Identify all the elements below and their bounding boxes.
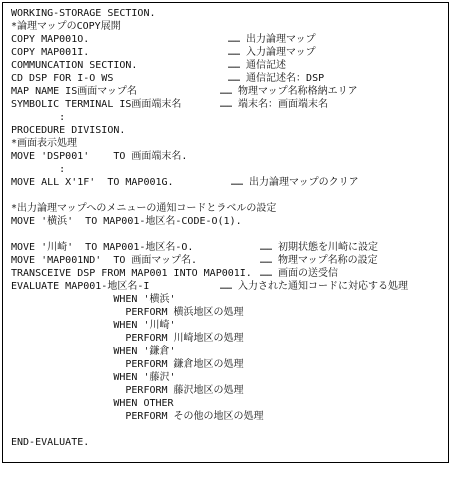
code-listing-frame: WORKING-STORAGE SECTION. *論理マップのCOPY展開 C… <box>2 2 449 463</box>
code-text: PERFORM その他の地区の処理 <box>11 411 264 422</box>
code-line: : <box>11 163 448 176</box>
code-line: COPY MAP001I.…… 入力論理マップ <box>11 46 448 59</box>
code-text: WORKING-STORAGE SECTION. <box>11 8 156 19</box>
code-text: MOVE 'MAP001ND' TO 画面マップ名. <box>11 255 197 266</box>
code-text: WHEN '藤沢' <box>11 372 176 383</box>
code-text: *出力論理マップへのメニューの通知コードとラベルの設定 <box>11 203 276 214</box>
code-text: MOVE '川崎' TO MAP001-地区名-O. <box>11 242 193 253</box>
code-text: PERFORM 川崎地区の処理 <box>11 333 244 344</box>
code-line: MOVE '川崎' TO MAP001-地区名-O.…… 初期状態を川崎に設定 <box>11 241 448 254</box>
code-line <box>11 189 448 202</box>
code-text: TRANSCEIVE DSP FROM MAP001 INTO MAP001I. <box>11 268 252 279</box>
code-line: WHEN '鎌倉' <box>11 345 448 358</box>
code-line: PERFORM 川崎地区の処理 <box>11 332 448 345</box>
code-line: COMMUNCATION SECTION.…… 通信記述 <box>11 59 448 72</box>
code-text: *論理マップのCOPY展開 <box>11 21 121 32</box>
comment-text: …… 通信記述 <box>228 59 286 72</box>
code-text: COPY MAP001O. <box>11 34 89 45</box>
code-line: MOVE 'DSP001' TO 画面端末名. <box>11 150 448 163</box>
code-line: *画面表示処理 <box>11 137 448 150</box>
code-line: MOVE 'MAP001ND' TO 画面マップ名.…… 物理マップ名称の設定 <box>11 254 448 267</box>
code-line: WHEN '藤沢' <box>11 371 448 384</box>
code-line: PERFORM 横浜地区の処理 <box>11 306 448 319</box>
comment-text: …… 物理マップ名称の設定 <box>260 254 378 267</box>
code-text: CD DSP FOR I-O WS <box>11 73 113 84</box>
code-line: END-EVALUATE. <box>11 436 448 449</box>
code-line: WHEN OTHER <box>11 397 448 410</box>
code-text: MOVE ALL X'1F' TO MAP001G. <box>11 177 174 188</box>
comment-text: …… 入力された通知コードに対応する処理 <box>220 280 408 293</box>
code-line: WORKING-STORAGE SECTION. <box>11 7 448 20</box>
code-text: : <box>11 112 65 123</box>
code-line <box>11 228 448 241</box>
code-line: PERFORM その他の地区の処理 <box>11 410 448 423</box>
comment-text: …… 端末名：画面端末名 <box>220 98 328 111</box>
comment-text: …… 入力論理マップ <box>228 46 316 59</box>
comment-text: …… 初期状態を川崎に設定 <box>260 241 378 254</box>
code-text: PERFORM 鎌倉地区の処理 <box>11 359 244 370</box>
code-line: PERFORM 藤沢地区の処理 <box>11 384 448 397</box>
code-text: *画面表示処理 <box>11 138 77 149</box>
comment-text: …… 物理マップ名称格納エリア <box>220 85 358 98</box>
code-text: COMMUNCATION SECTION. <box>11 60 137 71</box>
code-text: EVALUATE MAP001-地区名-I <box>11 281 149 292</box>
comment-text: …… 通信記述名：DSP <box>228 72 324 85</box>
code-line: WHEN '川崎' <box>11 319 448 332</box>
comment-text: …… 画面の送受信 <box>260 267 338 280</box>
comment-text: …… 出力論理マップ <box>228 33 316 46</box>
code-text: WHEN '鎌倉' <box>11 346 176 357</box>
code-line: MOVE ALL X'1F' TO MAP001G.…… 出力論理マップのクリア <box>11 176 448 189</box>
code-line: *出力論理マップへのメニューの通知コードとラベルの設定 <box>11 202 448 215</box>
code-text: COPY MAP001I. <box>11 47 89 58</box>
code-text: MOVE 'DSP001' TO 画面端末名. <box>11 151 187 162</box>
code-text: WHEN OTHER <box>11 398 174 409</box>
code-text: PROCEDURE DIVISION. <box>11 125 125 136</box>
comment-text: …… 出力論理マップのクリア <box>231 176 359 189</box>
code-line: SYMBOLIC TERMINAL IS画面端末名…… 端末名：画面端末名 <box>11 98 448 111</box>
code-listing-page: WORKING-STORAGE SECTION. *論理マップのCOPY展開 C… <box>0 0 463 486</box>
code-text: MOVE '横浜' TO MAP001-地区名-CODE-O(1). <box>11 216 242 227</box>
code-text: : <box>11 164 65 175</box>
code-text: PERFORM 藤沢地区の処理 <box>11 385 244 396</box>
code-line: TRANSCEIVE DSP FROM MAP001 INTO MAP001I.… <box>11 267 448 280</box>
code-line: EVALUATE MAP001-地区名-I…… 入力された通知コードに対応する処… <box>11 280 448 293</box>
code-text: END-EVALUATE. <box>11 437 89 448</box>
code-line: MAP NAME IS画面マップ名…… 物理マップ名称格納エリア <box>11 85 448 98</box>
code-line: WHEN '横浜' <box>11 293 448 306</box>
code-text: SYMBOLIC TERMINAL IS画面端末名 <box>11 99 181 110</box>
code-line: COPY MAP001O.…… 出力論理マップ <box>11 33 448 46</box>
code-line: : <box>11 111 448 124</box>
code-line <box>11 423 448 436</box>
code-line: *論理マップのCOPY展開 <box>11 20 448 33</box>
code-line: PROCEDURE DIVISION. <box>11 124 448 137</box>
code-text: MAP NAME IS画面マップ名 <box>11 86 137 97</box>
code-line: PERFORM 鎌倉地区の処理 <box>11 358 448 371</box>
code-line: MOVE '横浜' TO MAP001-地区名-CODE-O(1). <box>11 215 448 228</box>
code-text: WHEN '川崎' <box>11 320 176 331</box>
code-text: WHEN '横浜' <box>11 294 176 305</box>
code-text: PERFORM 横浜地区の処理 <box>11 307 244 318</box>
code-line: CD DSP FOR I-O WS…… 通信記述名：DSP <box>11 72 448 85</box>
